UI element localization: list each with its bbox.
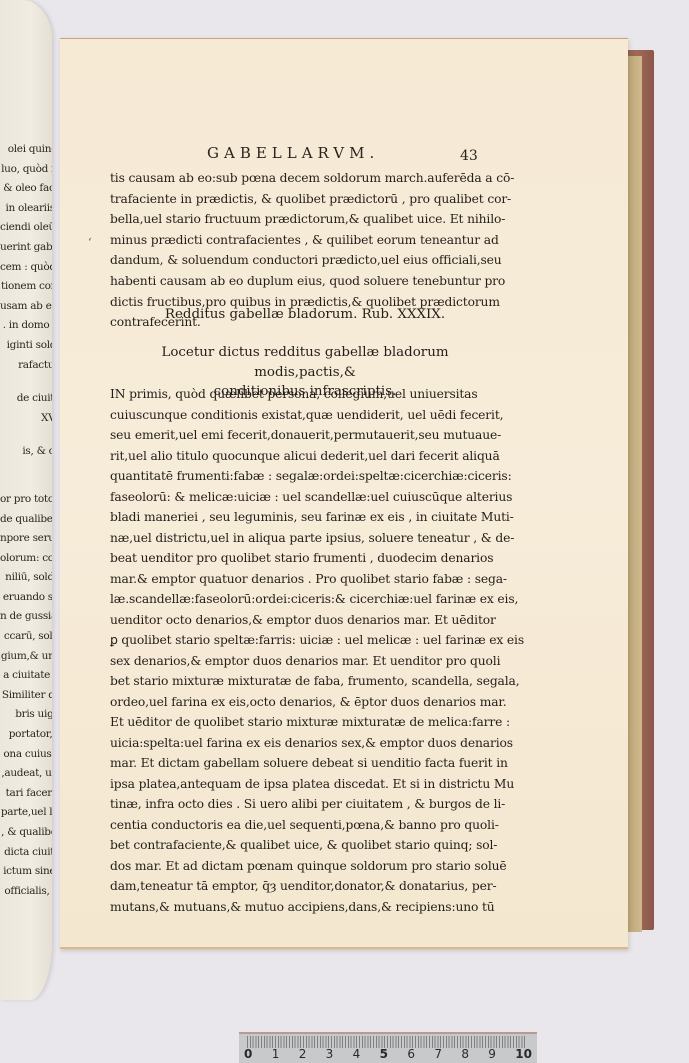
left-line: or pro toto tem: [0, 490, 52, 510]
left-line: ,audeat, uel p: [0, 764, 52, 784]
left-line: ciendi oleū de: [0, 218, 52, 238]
left-line: n de gussia, sol: [0, 607, 52, 627]
left-line: olorum: cocon: [0, 549, 52, 569]
left-line: & oleo facien: [0, 179, 52, 199]
subtitle-line: Locetur dictus redditus gabellæ bladorum…: [110, 343, 500, 382]
main-paragraph: IN primis, quòd quælibet persona, colleg…: [110, 384, 500, 917]
left-line: luo, quòd id q: [0, 160, 52, 180]
text-line: uenditor octo denarios,& emptor duos den…: [110, 610, 500, 631]
left-line: gium,& uniue: [0, 647, 52, 667]
left-line: de qualibet co: [0, 510, 52, 530]
left-line: uerint gabella: [0, 238, 52, 258]
page-number: 43: [460, 148, 478, 164]
margin-mark: ʻ: [88, 236, 92, 249]
left-line: Similiter de q: [0, 686, 52, 706]
ruler-label: 0: [244, 1047, 252, 1063]
text-line: faseolorū: & melicæ:uiciæ : uel scandell…: [110, 487, 500, 508]
text-line: dandum, & soluendum conductori prædicto,…: [110, 250, 500, 271]
left-line: rafactum .: [0, 356, 52, 376]
left-line: , & qualibet q: [0, 823, 52, 843]
text-line: bella,uel stario fructuum prædictorum,& …: [110, 209, 500, 230]
left-line: dicta ciuitate: [0, 843, 52, 863]
text-line: trafaciente in prædictis, & quolibet præ…: [110, 189, 500, 210]
left-line: in oleariis, &: [0, 199, 52, 219]
left-line: cem : quòd qu: [0, 258, 52, 278]
text-line: centia conductoris ea die,uel sequenti,p…: [110, 815, 500, 836]
ruler-label: 3: [326, 1047, 334, 1063]
ruler-label: 7: [434, 1047, 442, 1063]
text-line: næ,uel districtu,uel in aliqua parte ips…: [110, 528, 500, 549]
ruler-label: 6: [407, 1047, 415, 1063]
ruler-label: 9: [488, 1047, 496, 1063]
left-line: usam ab eo offi: [0, 297, 52, 317]
left-line: bris uiginti: [0, 705, 52, 725]
left-line: eruando seru: [0, 588, 52, 608]
text-line: bladi maneriei , seu leguminis, seu fari…: [110, 507, 500, 528]
text-line: mar.& emptor quatuor denarios . Pro quol…: [110, 569, 500, 590]
text-line: uicia:spelta:uel farina ex eis denarios …: [110, 733, 500, 754]
left-line: ccarū, soldos: [0, 627, 52, 647]
text-line: ꝑ quolibet stario speltæ:farris: uiciæ :…: [110, 630, 500, 651]
left-line: portator, tra: [0, 725, 52, 745]
text-line: IN primis, quòd quælibet persona, colleg…: [110, 384, 500, 405]
left-line: niliū, soldum: [0, 568, 52, 588]
left-line: npore seruand: [0, 529, 52, 549]
left-line: . in domo sua: [0, 316, 52, 336]
ruler-label: 10: [515, 1047, 532, 1063]
text-line: mutans,& mutuans,& mutuo accipiens,dans,…: [110, 897, 500, 918]
text-line: bet contrafaciente,& qualibet uice, & qu…: [110, 835, 500, 856]
left-line: ictum sine co: [0, 862, 52, 882]
text-line: Et uēditor de quolibet stario mixturæ mi…: [110, 712, 500, 733]
text-line: bet stario mixturæ mixturatæ de faba, fr…: [110, 671, 500, 692]
ruler-labels: 0 1 2 3 4 5 6 7 8 9 10: [239, 1047, 537, 1063]
text-line: ipsa platea,antequam de ipsa platea disc…: [110, 774, 500, 795]
text-line: dos mar. Et ad dictam pœnam quinque sold…: [110, 856, 500, 877]
text-line: rit,uel alio titulo quocunque alicui ded…: [110, 446, 500, 467]
text-line: tinæ, infra octo dies . Si uero alibi pe…: [110, 794, 500, 815]
left-line: ona cuiuscūq: [0, 745, 52, 765]
left-sub-line: is, & con-: [0, 442, 52, 462]
rubric-title: Redditus gabellæ bladorum. Rub. XXXIX.: [110, 307, 500, 322]
ruler-label: 4: [353, 1047, 361, 1063]
left-line: olei quinque: [0, 140, 52, 160]
text-line: beat uenditor pro quolibet stario frumen…: [110, 548, 500, 569]
left-line: tionem condu: [0, 277, 52, 297]
left-line: a ciuitate Mu: [0, 666, 52, 686]
text-line: seu emerit,uel emi fecerit,donauerit,per…: [110, 425, 500, 446]
left-line: parte,uel loco: [0, 803, 52, 823]
text-line: læ.scandellæ:faseolorū:ordei:ciceris:& c…: [110, 589, 500, 610]
left-line: officialis, seu: [0, 882, 52, 902]
left-line: tari facere al: [0, 784, 52, 804]
ruler-label: 8: [461, 1047, 469, 1063]
text-line: habenti causam ab eo duplum eius, quod s…: [110, 271, 500, 292]
left-heading-line: XVIII.: [0, 409, 52, 429]
left-line: iginti soldori: [0, 336, 52, 356]
left-line: tū: [0, 901, 52, 921]
left-page: olei quinque luo, quòd id q & oleo facie…: [0, 0, 52, 1000]
scale-ruler: 0 1 2 3 4 5 6 7 8 9 10: [239, 1032, 537, 1063]
left-heading-line: de ciuitate: [0, 389, 52, 409]
text-line: sex denarios,& emptor duos denarios mar.…: [110, 651, 500, 672]
ruler-label: 2: [299, 1047, 307, 1063]
running-head: GABELLARVM.: [207, 144, 447, 162]
left-page-text: olei quinque luo, quòd id q & oleo facie…: [0, 140, 52, 921]
text-line: minus prædicti contrafacientes , & quili…: [110, 230, 500, 251]
text-line: cuiuscunque conditionis existat,quæ uend…: [110, 405, 500, 426]
ruler-label: 5: [380, 1047, 388, 1063]
text-line: quantitatē frumenti:fabæ : segalæ:ordei:…: [110, 466, 500, 487]
ruler-label: 1: [272, 1047, 280, 1063]
text-line: mar. Et dictam gabellam soluere debeat s…: [110, 753, 500, 774]
text-line: dam,teneatur tā emptor, q̄ȝ uenditor,don…: [110, 876, 500, 897]
text-line: tis causam ab eo:sub pœna decem soldorum…: [110, 168, 500, 189]
text-line: ordeo,uel farina ex eis,octo denarios, &…: [110, 692, 500, 713]
